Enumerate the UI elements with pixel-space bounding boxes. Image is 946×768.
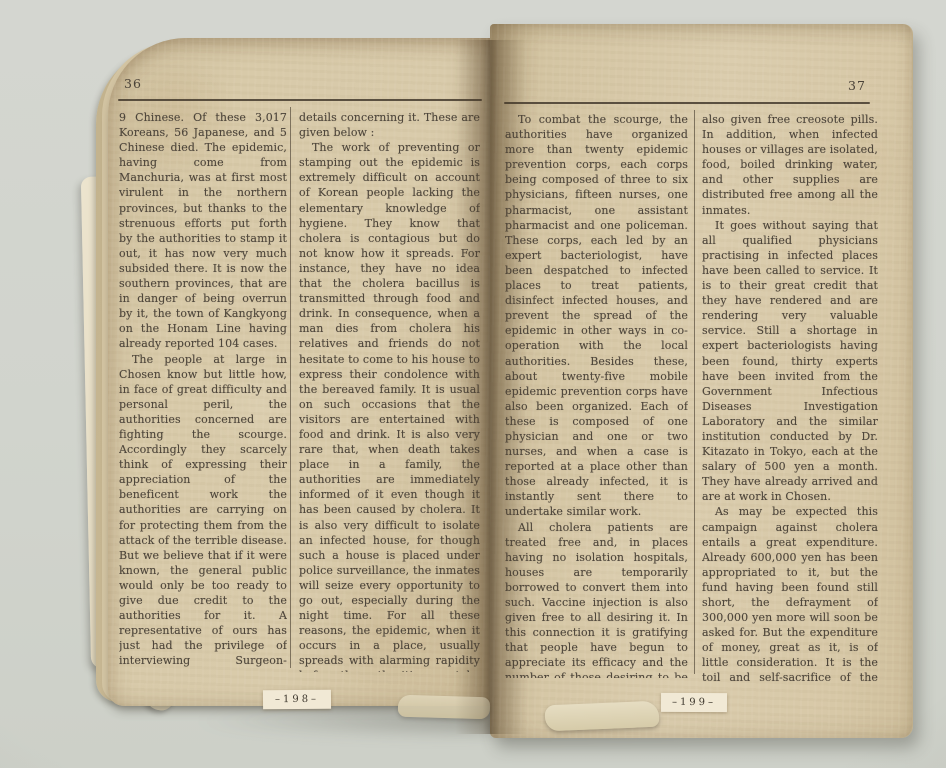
page-number-right: 37 xyxy=(848,78,866,93)
text-column-left-2: details concerning it. These are given b… xyxy=(299,110,480,672)
paragraph: also given free creosote pills. In addit… xyxy=(702,112,878,218)
text-column-left-1: 9 Chinese. Of these 3,017 Koreans, 56 Ja… xyxy=(119,110,287,670)
paragraph: All cholera patients are treated free an… xyxy=(505,520,688,678)
footer-page-label-left: –198– xyxy=(263,690,331,709)
column-divider-right xyxy=(694,110,695,674)
page-number-left: 36 xyxy=(124,76,142,91)
paragraph: To combat the scourge, the authorities h… xyxy=(505,112,688,520)
left-page: 36 9 Chinese. Of these 3,017 Koreans, 56… xyxy=(108,38,490,706)
paragraph: 9 Chinese. Of these 3,017 Koreans, 56 Ja… xyxy=(119,110,287,352)
column-divider-left xyxy=(290,107,291,668)
right-page: 37 To combat the scourge, the authoritie… xyxy=(490,24,913,738)
paragraph: The people at large in Chosen know but l… xyxy=(119,352,287,671)
paragraph: It goes without saying that all qualifie… xyxy=(702,218,878,505)
header-rule-left xyxy=(118,99,482,101)
text-column-right-1: To combat the scourge, the authorities h… xyxy=(505,112,688,678)
header-rule-right xyxy=(504,102,870,104)
book-photo: 36 9 Chinese. Of these 3,017 Koreans, 56… xyxy=(0,0,946,768)
paragraph: As may be expected this campaign against… xyxy=(702,504,878,682)
text-column-right-2: also given free creosote pills. In addit… xyxy=(702,112,878,682)
footer-page-label-right: –199– xyxy=(661,693,727,712)
paragraph: details concerning it. These are given b… xyxy=(299,110,480,140)
paragraph: The work of preventing or stamping out t… xyxy=(299,140,480,672)
